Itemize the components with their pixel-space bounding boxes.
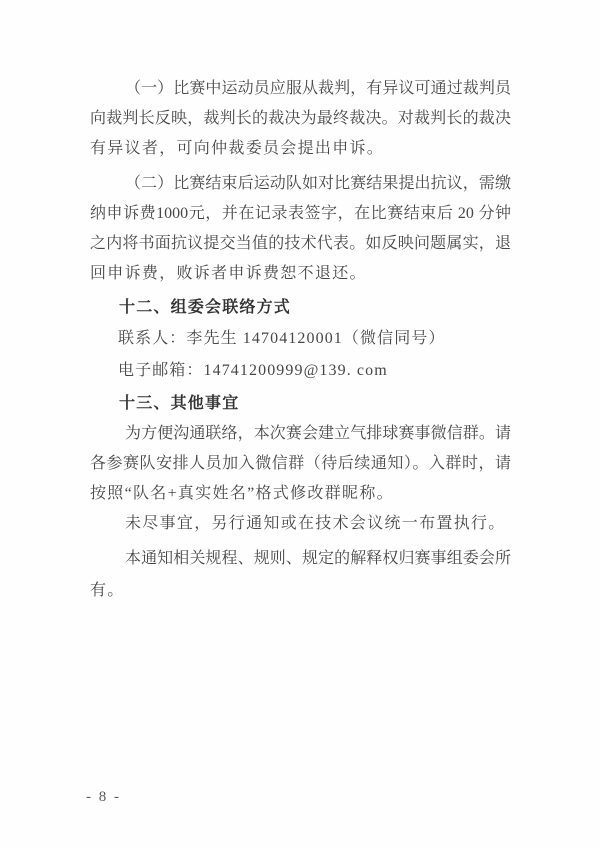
item2-line4: 回申诉费，败诉者申诉费恕不退还。 — [90, 259, 511, 289]
section13-para1-line3: 按照“队名+真实姓名”格式修改群昵称。 — [90, 479, 511, 509]
item2-line2: 纳申诉费1000元，并在记录表签字，在比赛结束后 20 分钟 — [90, 199, 511, 229]
item2-line3: 之内将书面抗议提交当值的技术代表。如反映问题属实，退 — [90, 229, 511, 259]
section12-heading: 十二、组委会联络方式 — [119, 293, 459, 323]
contact-person-line: 联系人：李先生 14704120001（微信同号） — [118, 324, 498, 354]
section13-para2-line: 未尽事宜，另行通知或在技术会议统一布置执行。 — [90, 509, 511, 539]
section13-para1-line2: 各参赛队安排人员加入微信群（待后续通知）。入群时，请 — [90, 449, 511, 479]
section13-para3-line2: 有。 — [90, 576, 511, 606]
item1-line2: 向裁判长反映，裁判长的裁决为最终裁决。对裁判长的裁决 — [90, 104, 511, 134]
contact-email-line: 电子邮箱：14741200999@139. com — [118, 356, 498, 386]
document-page: （一）比赛中运动员应服从裁判，有异议可通过裁判员 向裁判长反映，裁判长的裁决为最… — [0, 0, 600, 848]
section13-heading: 十三、其他事宜 — [119, 389, 459, 419]
item1-line1: （一）比赛中运动员应服从裁判，有异议可通过裁判员 — [90, 74, 511, 104]
page-number: - 8 - — [86, 789, 121, 806]
section13-para3-line1: 本通知相关规程、规则、规定的解释权归赛事组委会所 — [90, 544, 511, 574]
section13-para1-line1: 为方便沟通联络，本次赛会建立气排球赛事微信群。请 — [90, 419, 511, 449]
item2-line1: （二）比赛结束后运动队如对比赛结果提出抗议，需缴 — [90, 169, 511, 199]
item1-line3: 有异议者，可向仲裁委员会提出申诉。 — [90, 134, 511, 164]
